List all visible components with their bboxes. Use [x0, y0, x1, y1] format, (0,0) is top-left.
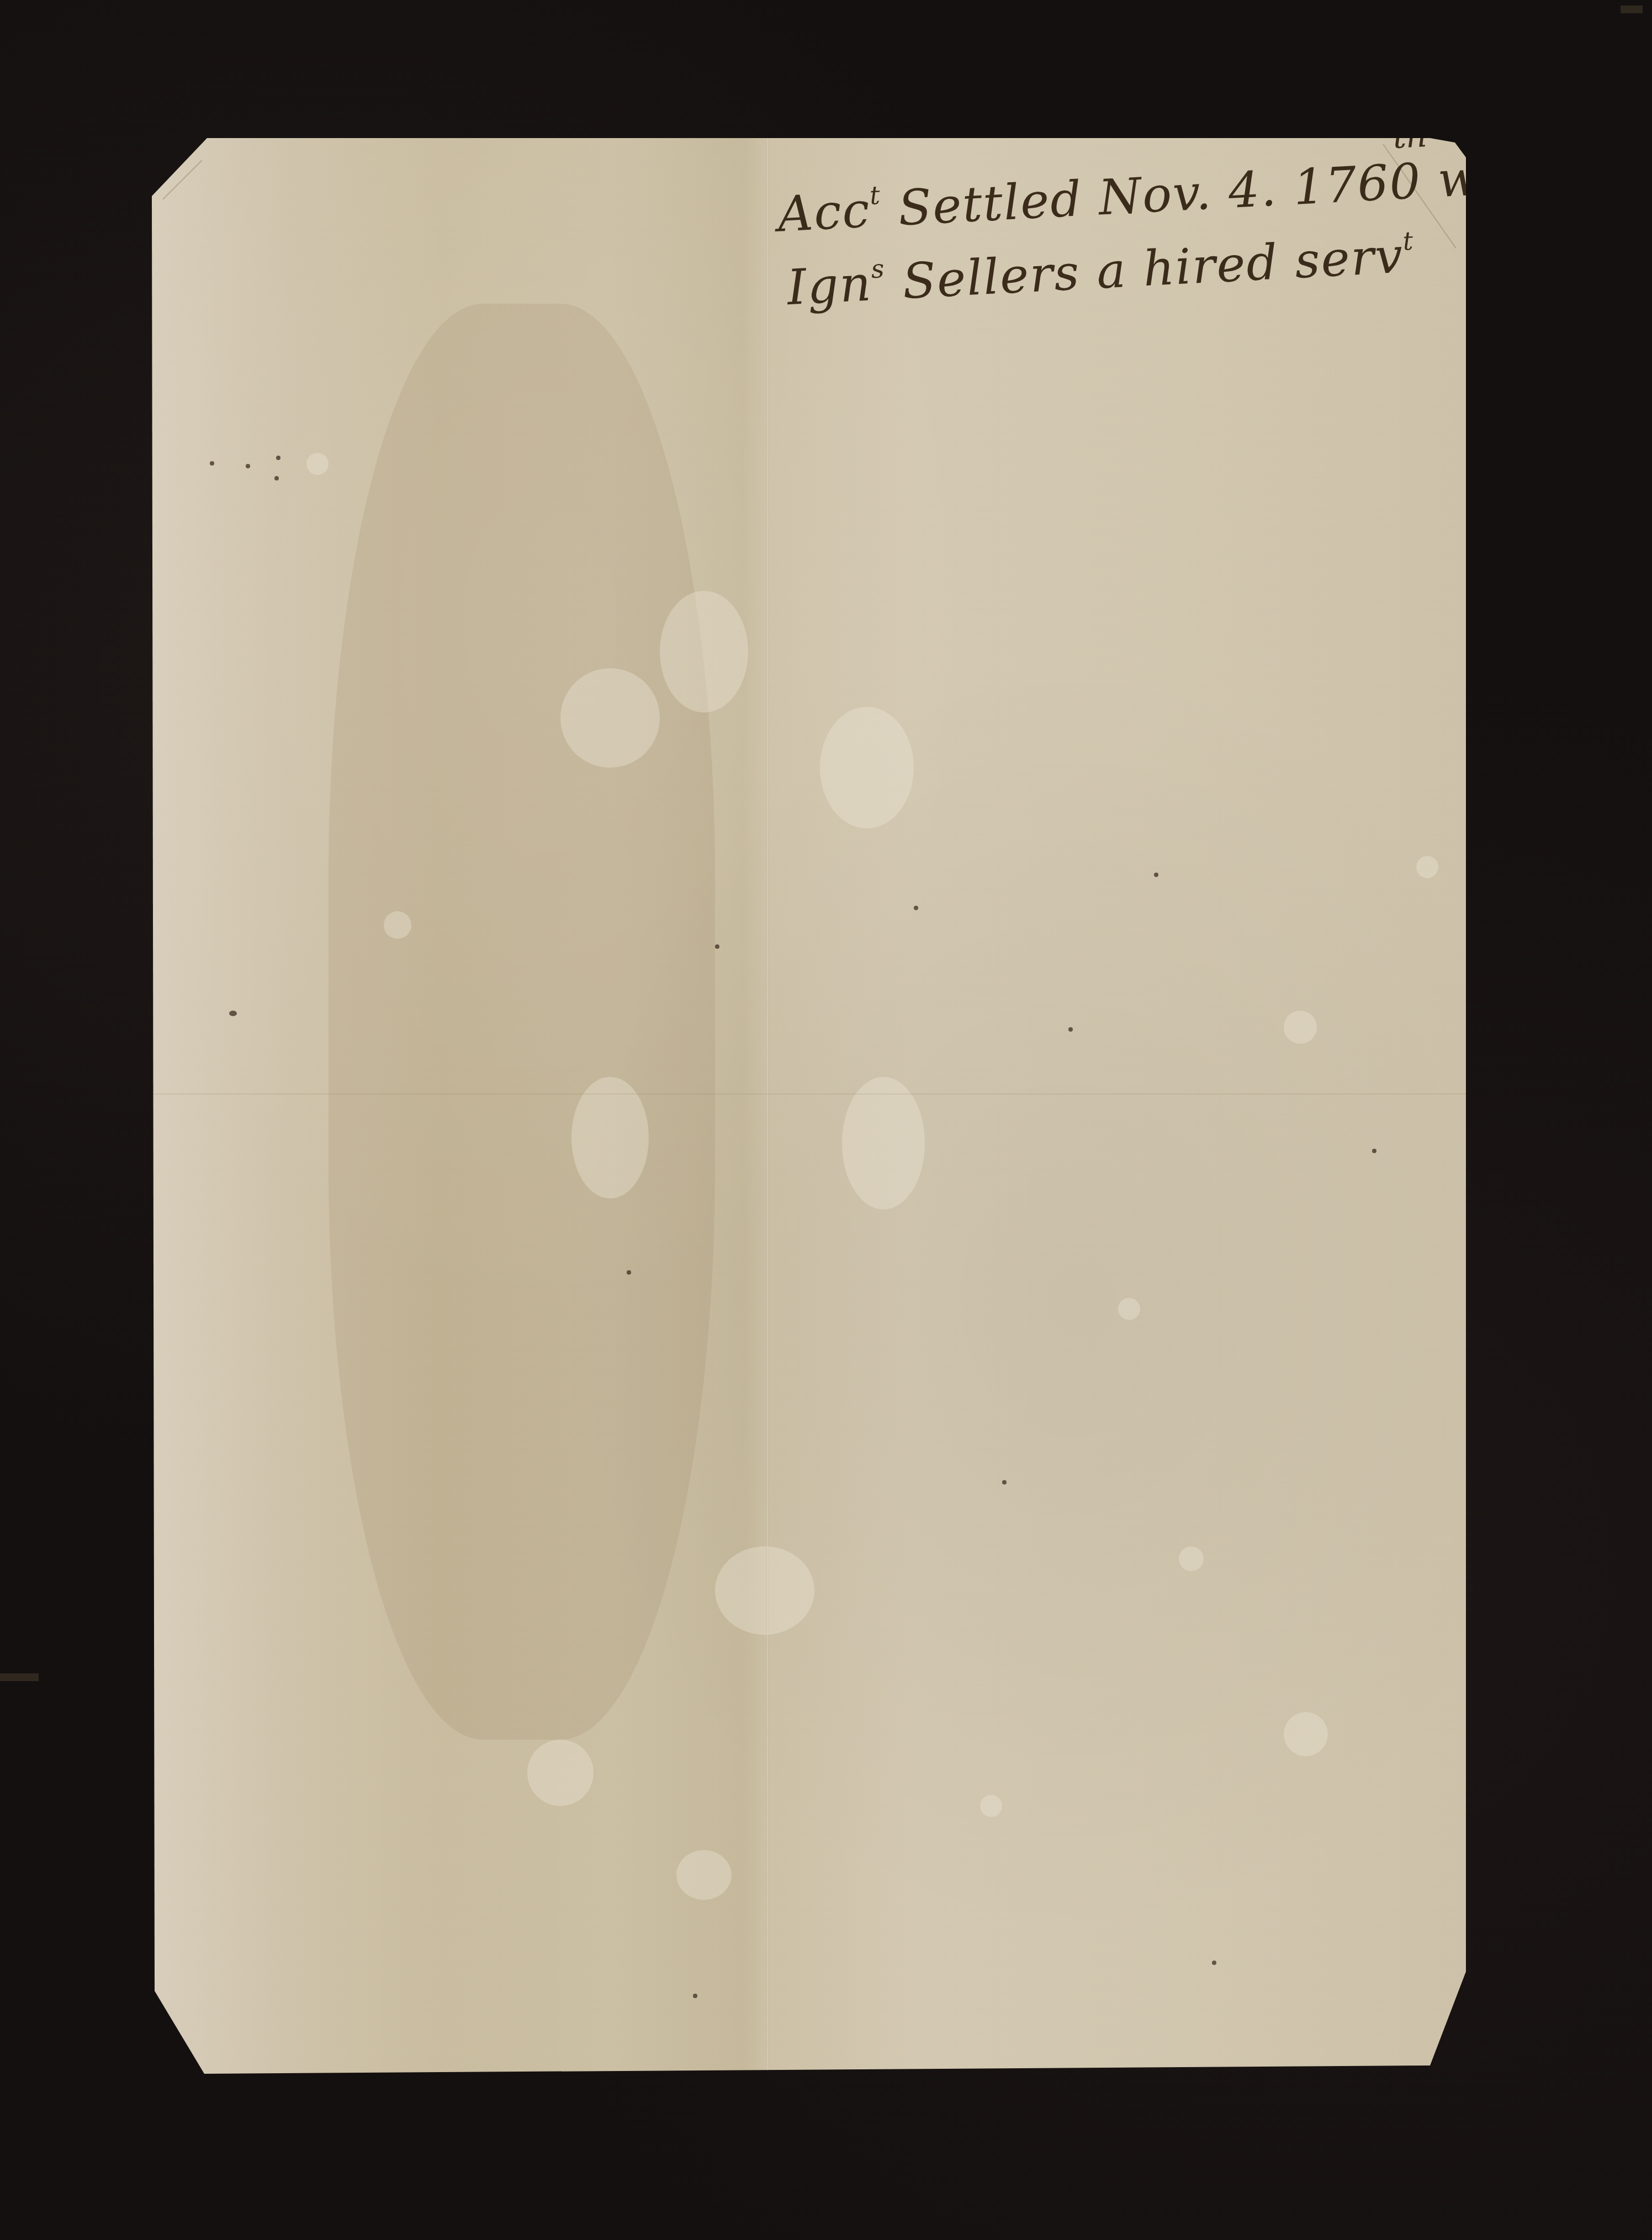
- endorsement-superscript-th: th: [1392, 116, 1428, 156]
- water-stain: [715, 1546, 814, 1635]
- center-fold: [766, 138, 768, 2074]
- foxing-speck: [274, 476, 279, 480]
- water-stain: [1118, 1298, 1140, 1320]
- water-stain: [980, 1795, 1002, 1817]
- foxing-speck: [715, 944, 719, 949]
- foxing-speck: [1068, 1027, 1073, 1032]
- foxing-speck: [210, 461, 214, 466]
- water-stain: [1416, 856, 1438, 878]
- mount-mark-left: [0, 1673, 39, 1681]
- water-stain: [660, 591, 748, 712]
- foxing-speck: [914, 906, 918, 910]
- water-stain: [842, 1077, 925, 1209]
- water-stain: [571, 1077, 649, 1198]
- foxing-speck: [246, 464, 250, 468]
- foxing-speck: [1212, 1961, 1216, 1965]
- foxing-speck: [1002, 1480, 1007, 1484]
- water-stain: [1284, 1011, 1317, 1044]
- scan-stage: th Acct Settled Nov. 4. 1760 w Igns Sell…: [0, 0, 1652, 2240]
- water-stain: [676, 1850, 732, 1900]
- water-stain: [560, 668, 660, 768]
- foxing-speck: [229, 1011, 237, 1016]
- foxing-speck: [276, 456, 280, 460]
- endorsement-line-1: Acct Settled Nov. 4. 1760 w: [776, 152, 1457, 239]
- foxing-speck: [627, 1270, 631, 1275]
- corner-crease-top-left: [162, 160, 202, 200]
- foxing-speck: [1154, 873, 1158, 877]
- water-stain: [527, 1740, 594, 1806]
- document-leaf: th Acct Settled Nov. 4. 1760 w Igns Sell…: [152, 138, 1466, 2074]
- water-stain: [306, 453, 329, 475]
- endorsement-line-2: Igns Sellers a hired servt: [786, 225, 1461, 312]
- water-stain: [1179, 1546, 1204, 1571]
- foxing-speck: [1372, 1149, 1376, 1153]
- foxing-speck: [693, 1994, 697, 1998]
- water-stain: [1284, 1712, 1328, 1756]
- water-stain: [384, 911, 411, 939]
- water-stain: [329, 304, 715, 1740]
- horizontal-crease: [152, 1093, 1466, 1095]
- mount-mark-top-right: [1621, 6, 1643, 13]
- handwritten-endorsement: th Acct Settled Nov. 4. 1760 w Igns Sell…: [776, 141, 1461, 313]
- water-stain: [820, 707, 914, 828]
